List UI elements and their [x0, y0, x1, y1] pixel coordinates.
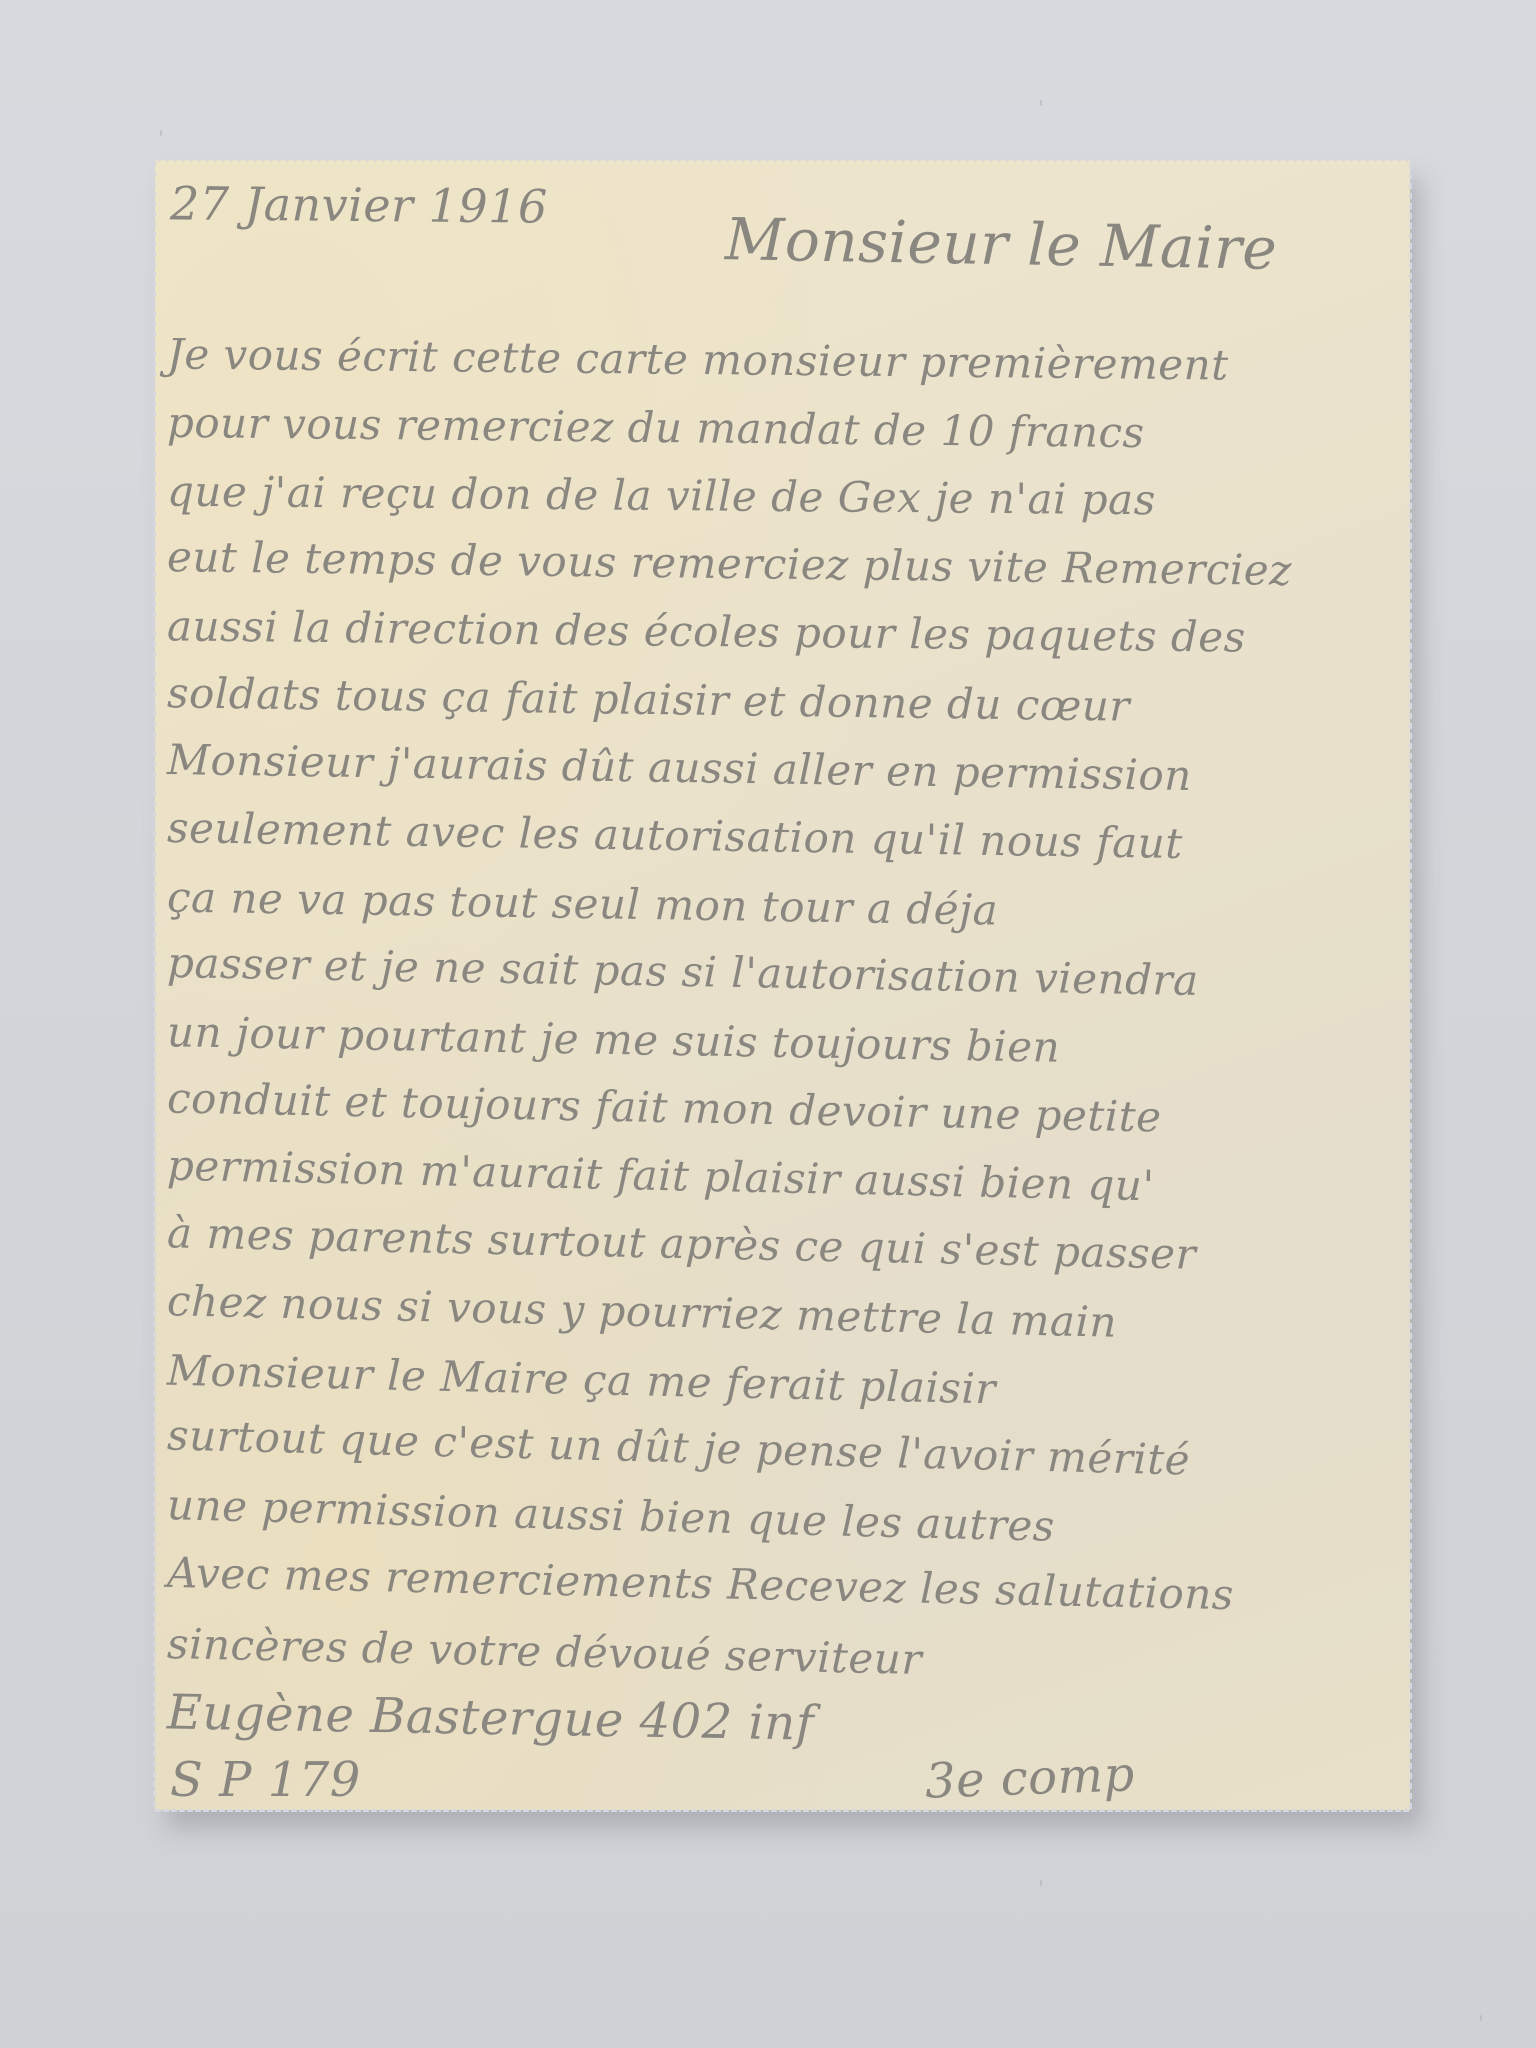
background-speck — [1480, 2015, 1482, 2021]
body-line: eut le temps de vous remerciez plus vite… — [167, 532, 1292, 595]
background-speck — [160, 130, 162, 136]
body-line: soldats tous ça fait plaisir et donne du… — [167, 668, 1131, 730]
body-line: une permission aussi bien que les autres — [167, 1480, 1056, 1551]
perforated-edge-top — [155, 158, 1410, 166]
body-line: pour vous remerciez du mandat de 10 fran… — [167, 398, 1145, 457]
body-line: seulement avec les autorisation qu'il no… — [167, 803, 1183, 868]
postal-sector: S P 179 — [170, 1752, 361, 1808]
body-line: ça ne va pas tout seul mon tour a déja — [167, 872, 999, 934]
body-line: Avec mes remerciements Recevez les salut… — [167, 1548, 1235, 1619]
body-line: surtout que c'est un dût je pense l'avoi… — [167, 1411, 1191, 1485]
body-line: un jour pourtant je me suis toujours bie… — [167, 1007, 1061, 1072]
body-line: aussi la direction des écoles pour les p… — [167, 601, 1246, 661]
background-speck — [1040, 100, 1042, 106]
body-line: Je vous écrit cette carte monsieur premi… — [167, 329, 1229, 389]
body-line: sincères de votre dévoué serviteur — [167, 1619, 923, 1684]
letter-card: 27 Janvier 1916 Monsieur le Maire Je vou… — [155, 160, 1410, 1810]
body-line: conduit et toujours fait mon devoir une … — [167, 1073, 1162, 1141]
body-line: à mes parents surtout après ce qui s'est… — [167, 1208, 1197, 1279]
letter-date: 27 Janvier 1916 — [170, 176, 548, 233]
signature-name: Eugène Bastergue — [167, 1684, 625, 1748]
signature: Eugène Bastergue 402 inf — [167, 1684, 815, 1751]
body-line: passer et je ne sait pas si l'autorisati… — [167, 938, 1199, 1005]
body-line: Monsieur le Maire ça me ferait plaisir — [167, 1346, 997, 1414]
background-speck — [1040, 1880, 1042, 1886]
body-line: Monsieur j'aurais dût aussi aller en per… — [167, 735, 1192, 800]
body-line: chez nous si vous y pourriez mettre la m… — [167, 1276, 1118, 1347]
letter-salutation: Monsieur le Maire — [724, 205, 1277, 283]
signature-regiment: 402 inf — [639, 1693, 814, 1752]
perforated-edge-right — [1404, 160, 1412, 1810]
company: 3e comp — [924, 1746, 1136, 1809]
body-line: permission m'aurait fait plaisir aussi b… — [167, 1141, 1155, 1211]
body-line: que j'ai reçu don de la ville de Gex je … — [167, 467, 1156, 525]
perforated-edge-left — [153, 160, 161, 1810]
